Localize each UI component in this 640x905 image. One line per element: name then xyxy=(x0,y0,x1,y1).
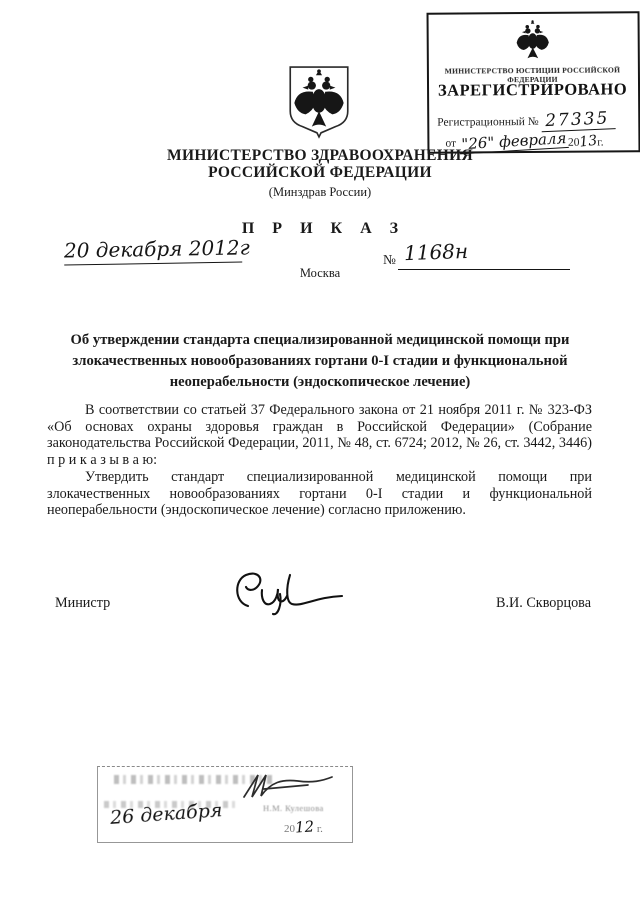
certification-year-printed: 20 xyxy=(284,823,295,835)
certifier-name: Н.М. Кулешова xyxy=(263,803,351,813)
ministry-name-line1: МИНИСТЕРСТВО ЗДРАВООХРАНЕНИЯ xyxy=(0,147,640,165)
order-title: Об утверждении стандарта специализирован… xyxy=(40,330,600,393)
certification-stamp: Н.М. Кулешова 26 декабря 2012 г. xyxy=(97,766,353,843)
body-paragraph-1: В соответствии со статьей 37 Федеральног… xyxy=(47,402,592,469)
order-body: В соответствии со статьей 37 Федеральног… xyxy=(47,402,592,519)
document-type-heading: П Р И К А З xyxy=(0,220,640,238)
signer-position: Министр xyxy=(55,595,110,612)
registration-number-value: 27335 xyxy=(541,108,616,132)
order-title-line2: злокачественных новообразованиях гортани… xyxy=(40,351,600,372)
registration-number-label: Регистрационный № xyxy=(437,116,539,129)
order-number-value: 1168н xyxy=(404,239,469,265)
certification-year-suffix: г. xyxy=(317,823,323,835)
registration-number-line: Регистрационный № 27335 xyxy=(437,109,632,131)
justice-registration-stamp: МИНИСТЕРСТВО ЮСТИЦИИ РОССИЙСКОЙ ФЕДЕРАЦИ… xyxy=(427,11,640,153)
body-paragraph-2: Утвердить стандарт специализированной ме… xyxy=(47,469,592,519)
document-page: МИНИСТЕРСТВО ЮСТИЦИИ РОССИЙСКОЙ ФЕДЕРАЦИ… xyxy=(0,0,640,905)
signer-name: В.И. Скворцова xyxy=(441,595,591,612)
double-headed-eagle-icon xyxy=(513,19,553,63)
registered-label: ЗАРЕГИСТРИРОВАНО xyxy=(429,79,636,100)
order-title-line1: Об утверждении стандарта специализирован… xyxy=(40,330,600,351)
order-number-label: № xyxy=(383,252,396,268)
minister-signature-icon xyxy=(228,566,346,620)
certification-year: 2012 г. xyxy=(284,818,323,836)
ministry-short-name: (Минздрав России) xyxy=(0,185,640,200)
certification-year-handwritten: 12 xyxy=(294,817,314,836)
state-emblem-shield-icon xyxy=(286,64,352,140)
order-title-line3: неоперабельности (эндоскопическое лечени… xyxy=(40,372,600,393)
order-date-handwritten: 20 декабря 2012г xyxy=(64,235,242,265)
certifier-signature-icon xyxy=(236,769,338,803)
ministry-name-line2: РОССИЙСКОЙ ФЕДЕРАЦИИ xyxy=(0,164,640,182)
